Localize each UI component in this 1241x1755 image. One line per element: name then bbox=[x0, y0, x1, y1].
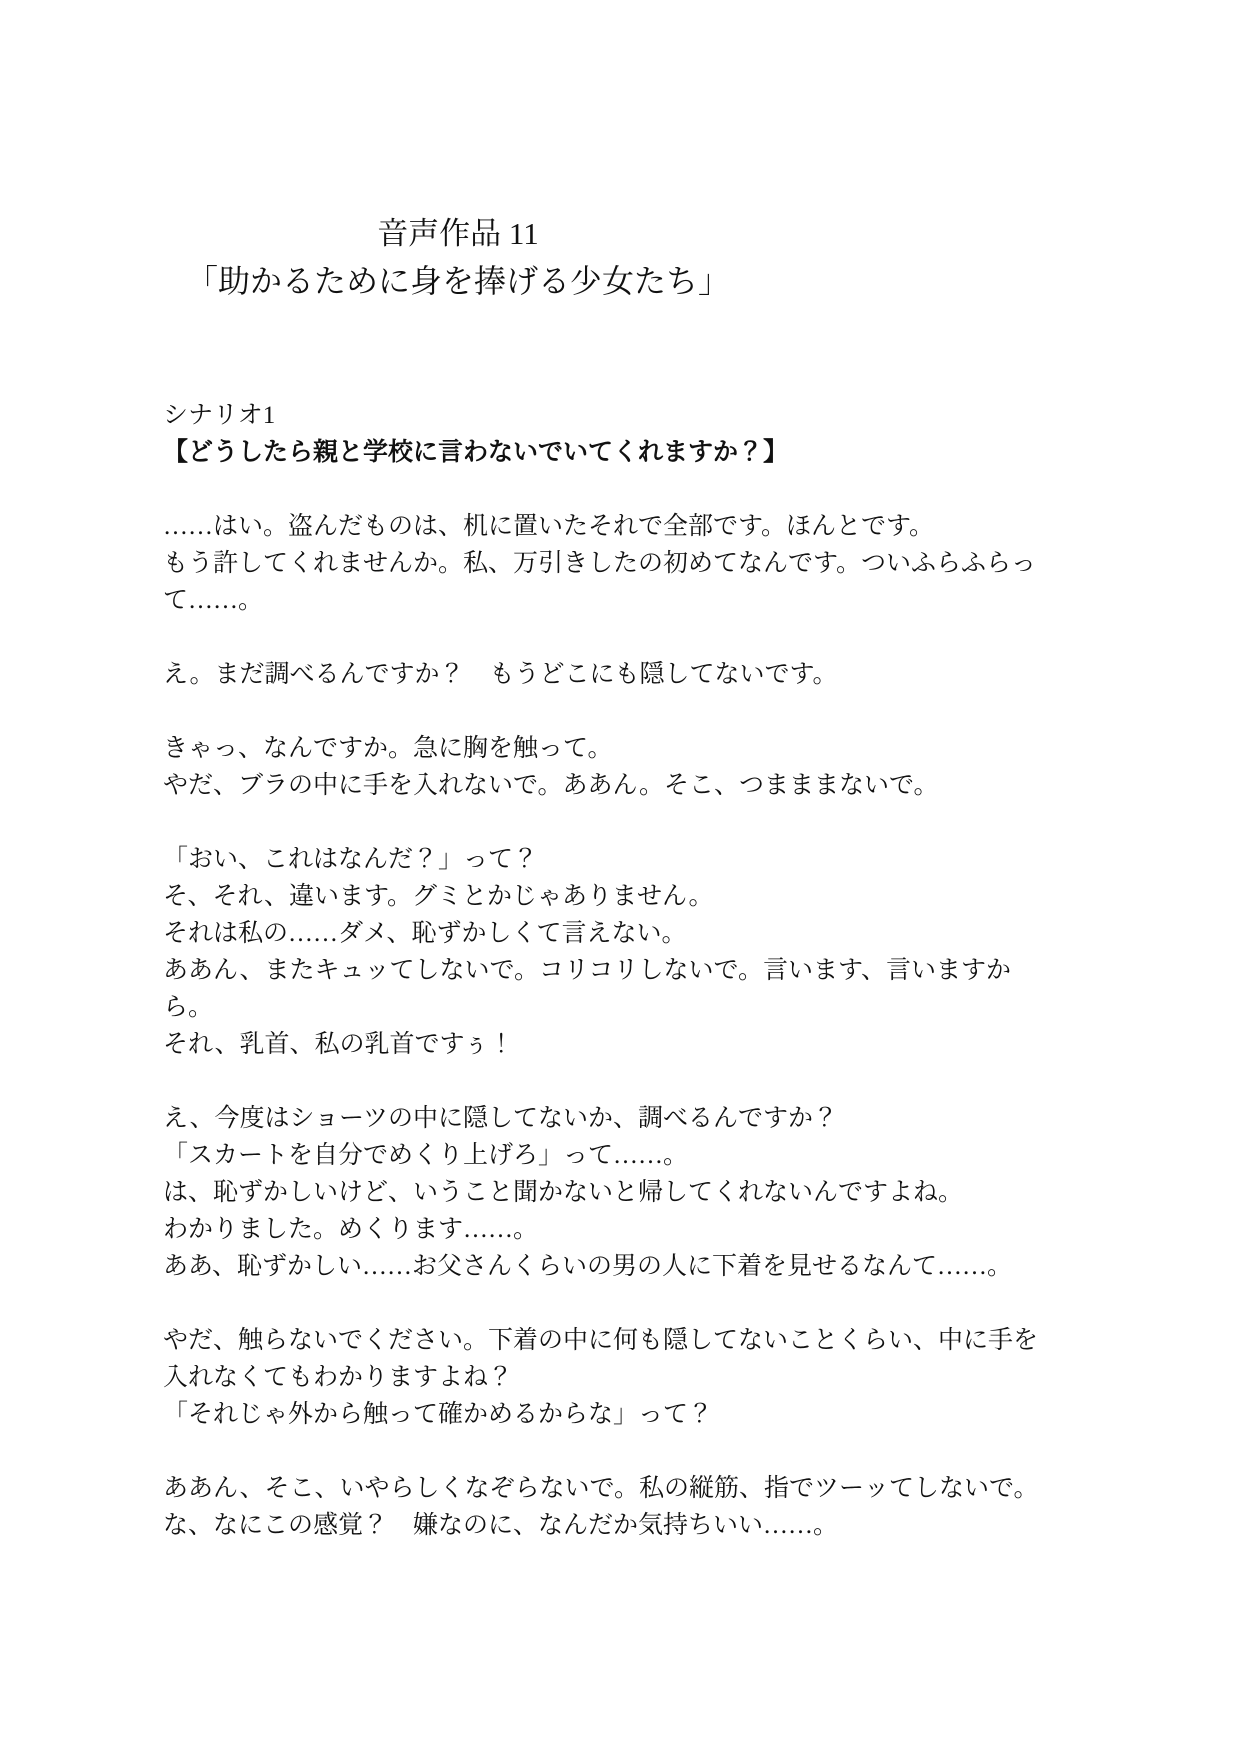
script-line: 「スカートを自分でめくり上げろ」って……。 bbox=[163, 1137, 1083, 1174]
script-line: ら。 bbox=[163, 989, 1083, 1026]
script-line: て……。 bbox=[163, 582, 1083, 619]
script-line: 入れなくてもわかりますよね？ bbox=[163, 1359, 1083, 1396]
script-line: そ、それ、違います。グミとかじゃありません。 bbox=[163, 878, 1083, 915]
script-paragraph: ああん、そこ、いやらしくなぞらないで。私の縦筋、指でツーッてしないで。な、なにこ… bbox=[163, 1470, 1083, 1544]
scenario-header: シナリオ1 【どうしたら親と学校に言わないでいてくれますか？】 bbox=[163, 397, 1083, 471]
title-block: 音声作品 11 「助かるために身を捧げる少女たち」 bbox=[163, 212, 753, 306]
script-line: ああ、恥ずかしい……お父さんくらいの男の人に下着を見せるなんて……。 bbox=[163, 1248, 1083, 1285]
script-line: え。まだ調べるんですか？ もうどこにも隠してないです。 bbox=[163, 656, 1083, 693]
script-line: ……はい。盗んだものは、机に置いたそれで全部です。ほんとです。 bbox=[163, 508, 1083, 545]
document-page: 音声作品 11 「助かるために身を捧げる少女たち」 シナリオ1 【どうしたら親と… bbox=[0, 0, 1241, 1755]
script-line: ああん、そこ、いやらしくなぞらないで。私の縦筋、指でツーッてしないで。 bbox=[163, 1470, 1083, 1507]
script-line: は、恥ずかしいけど、いうこと聞かないと帰してくれないんですよね。 bbox=[163, 1174, 1083, 1211]
scenario-label: シナリオ1 bbox=[163, 397, 1083, 434]
script-line: それは私の……ダメ、恥ずかしくて言えない。 bbox=[163, 915, 1083, 952]
document-title: 音声作品 11 bbox=[163, 212, 753, 256]
script-line: きゃっ、なんですか。急に胸を触って。 bbox=[163, 730, 1083, 767]
script-paragraph: 「おい、これはなんだ？」って？そ、それ、違います。グミとかじゃありません。それは… bbox=[163, 841, 1083, 1063]
script-paragraph: え、今度はショーツの中に隠してないか、調べるんですか？「スカートを自分でめくり上… bbox=[163, 1100, 1083, 1285]
script-line: やだ、触らないでください。下着の中に何も隠してないことくらい、中に手を bbox=[163, 1322, 1083, 1359]
script-line: ああん、またキュッてしないで。コリコリしないで。言います、言いますか bbox=[163, 952, 1083, 989]
document-subtitle: 「助かるために身を捧げる少女たち」 bbox=[163, 256, 753, 306]
paragraphs-container: ……はい。盗んだものは、机に置いたそれで全部です。ほんとです。もう許してくれませ… bbox=[163, 508, 1083, 1544]
script-line: わかりました。めくります……。 bbox=[163, 1211, 1083, 1248]
script-line: な、なにこの感覚？ 嫌なのに、なんだか気持ちいい……。 bbox=[163, 1507, 1083, 1544]
script-line: それ、乳首、私の乳首ですぅ！ bbox=[163, 1026, 1083, 1063]
scenario-heading: 【どうしたら親と学校に言わないでいてくれますか？】 bbox=[163, 434, 1083, 471]
script-paragraph: え。まだ調べるんですか？ もうどこにも隠してないです。 bbox=[163, 656, 1083, 693]
script-line: もう許してくれませんか。私、万引きしたの初めてなんです。ついふらふらっ bbox=[163, 545, 1083, 582]
script-line: え、今度はショーツの中に隠してないか、調べるんですか？ bbox=[163, 1100, 1083, 1137]
script-paragraph: きゃっ、なんですか。急に胸を触って。やだ、ブラの中に手を入れないで。ああん。そこ… bbox=[163, 730, 1083, 804]
script-body: シナリオ1 【どうしたら親と学校に言わないでいてくれますか？】 ……はい。盗んだ… bbox=[163, 397, 1083, 1544]
script-line: やだ、ブラの中に手を入れないで。ああん。そこ、つまままないで。 bbox=[163, 767, 1083, 804]
script-paragraph: ……はい。盗んだものは、机に置いたそれで全部です。ほんとです。もう許してくれませ… bbox=[163, 508, 1083, 619]
script-line: 「それじゃ外から触って確かめるからな」って？ bbox=[163, 1396, 1083, 1433]
script-line: 「おい、これはなんだ？」って？ bbox=[163, 841, 1083, 878]
script-paragraph: やだ、触らないでください。下着の中に何も隠してないことくらい、中に手を入れなくて… bbox=[163, 1322, 1083, 1433]
